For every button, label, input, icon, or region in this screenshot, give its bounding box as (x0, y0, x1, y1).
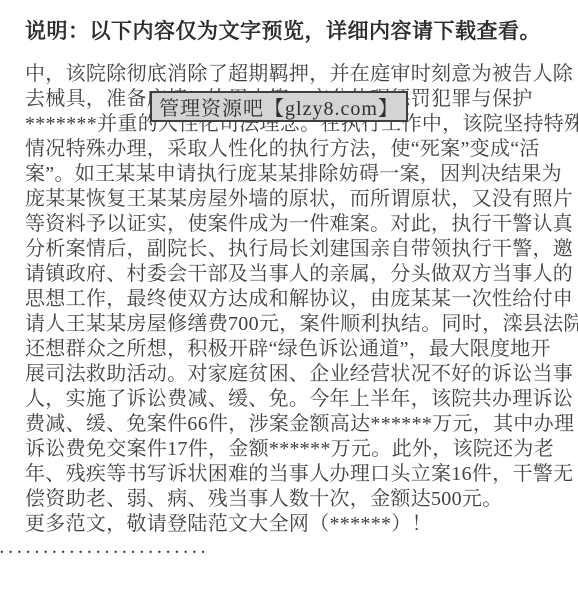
text-line: 请镇政府、村委会干部及当事人的亲属，分头做双方当事人的 (25, 262, 558, 287)
text-line: 展司法救助活动。对家庭贫困、企业经营状况不好的诉讼当事 (25, 362, 558, 387)
text-line: 情况特殊办理，采取人性化的执行方法，使“死案”变成“活 (25, 137, 558, 162)
text-line: 费减、缓、免案件66件，涉案金额高达******万元，其中办理 (25, 412, 558, 437)
text-line: 还想群众之所想，积极开辟“绿色诉讼通道”，最大限度地开 (25, 337, 558, 362)
text-line: 等资料予以证实，使案件成为一件难案。对此，执行干警认真 (25, 212, 558, 237)
document-preview-page: 说明：以下内容仅为文字预览，详细内容请下载查看。 中，该院除彻底消除了超期羁押，… (0, 0, 578, 600)
text-line: 请人王某某房屋修缮费700元，案件顺利执结。同时，滦县法院 (25, 312, 558, 337)
text-line: 诉讼费免交案件17件，金额******万元。此外，该院还为老 (25, 437, 558, 462)
watermark-badge: 管理资源吧【glzy8.com】 (150, 91, 408, 122)
text-line: 中，该院除彻底消除了超期羁押，并在庭审时刻意为被告人除 (25, 62, 558, 87)
text-line: 更多范文，敬请登陆范文大全网（******）！ (25, 512, 558, 537)
text-line: 分析案情后，副院长、执行局长刘建国亲自带领执行干警，邀 (25, 237, 558, 262)
text-line: 人，实施了诉讼费减、缓、免。今年上半年，该院共办理诉讼 (25, 387, 558, 412)
text-line: 年、残疾等书写诉状困难的当事人办理口头立案16件，干警无 (25, 462, 558, 487)
ellipsis-line: ........................ (0, 540, 578, 562)
text-line: 偿资助老、弱、病、残当事人数十次，金额达500元。 (25, 487, 558, 512)
document-body: 中，该院除彻底消除了超期羁押，并在庭审时刻意为被告人除去械具，准备座椅、饮用水等… (25, 62, 558, 537)
watermark-text: 管理资源吧【glzy8.com】 (159, 92, 399, 121)
text-line: 案”。如王某某申请执行庞某某排除妨碍一案，因判决结果为 (25, 162, 558, 187)
preview-notice: 说明：以下内容仅为文字预览，详细内容请下载查看。 (0, 0, 578, 45)
text-line: 庞某某恢复王某某房屋外墙的原状，而所谓原状，又没有照片 (25, 187, 558, 212)
text-line: 思想工作，最终使双方达成和解协议，由庞某某一次性给付申 (25, 287, 558, 312)
